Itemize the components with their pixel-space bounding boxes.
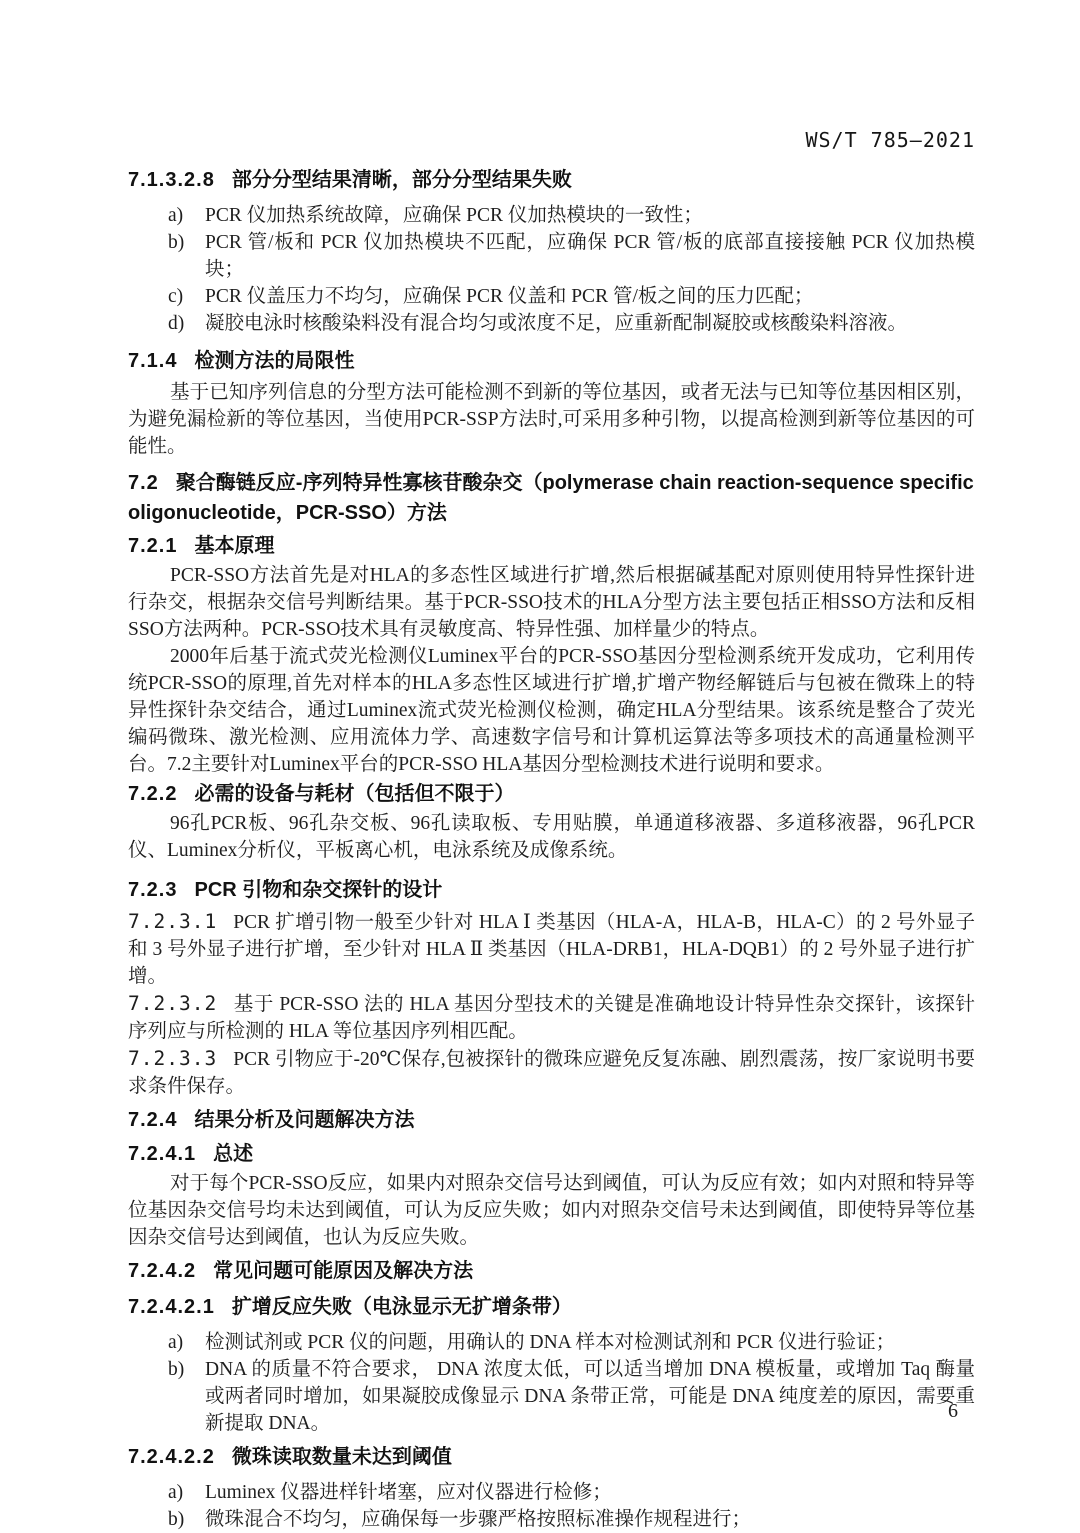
doc-header: WS/T 785—2021: [128, 128, 975, 152]
heading-title: PCR 引物和杂交探针的设计: [194, 879, 442, 901]
heading-title: 检测方法的局限性: [194, 350, 354, 372]
list-item: c) PCR 仪盖压力不均匀，应确保 PCR 仪盖和 PCR 管/板之间的压力匹…: [128, 283, 975, 310]
heading-7-2-4: 7.2.4结果分析及问题解决方法: [128, 1106, 975, 1134]
list-item: b) DNA 的质量不符合要求， DNA 浓度太低，可以适当增加 DNA 模板量…: [128, 1356, 975, 1437]
list-marker: b): [168, 1356, 205, 1437]
heading-number: 7.2.4.2.2: [128, 1446, 215, 1468]
list-item-text: 凝胶电泳时核酸染料没有混合均匀或浓度不足，应重新配制凝胶或核酸染料溶液。: [205, 310, 975, 337]
heading-7-1-4: 7.1.4检测方法的局限性: [128, 347, 975, 375]
list-item: a) PCR 仪加热系统故障，应确保 PCR 仪加热模块的一致性；: [128, 202, 975, 229]
list-item-text: 微珠混合不均匀，应确保每一步骤严格按照标准操作规程进行；: [205, 1506, 975, 1533]
heading-7-2-4-2-2: 7.2.4.2.2微珠读取数量未达到阈值: [128, 1443, 975, 1471]
list-item: d) 凝胶电泳时核酸染料没有混合均匀或浓度不足，应重新配制凝胶或核酸染料溶液。: [128, 310, 975, 337]
list-marker: c): [168, 283, 205, 310]
heading-title: 部分分型结果清晰，部分分型结果失败: [232, 169, 572, 191]
list-marker: a): [168, 1329, 205, 1356]
heading-number: 7.2.2: [128, 783, 177, 805]
heading-7-2: 7.2聚合酶链反应-序列特异性寡核苷酸杂交（polymerase chain r…: [128, 468, 975, 528]
clause-number: 7.2.3.3: [128, 1047, 217, 1070]
heading-number: 7.2.3: [128, 879, 177, 901]
list-marker: a): [168, 1479, 205, 1506]
clause-text: PCR 引物应于-20℃保存,包被探针的微珠应避免反复冻融、剧烈震荡，按厂家说明…: [128, 1049, 975, 1097]
paragraph-7-2-2: 96孔PCR板、96孔杂交板、96孔读取板、专用贴膜，单通道移液器、多道移液器，…: [128, 810, 975, 864]
heading-7-2-4-1: 7.2.4.1总述: [128, 1140, 975, 1168]
list-item-text: PCR 仪盖压力不均匀，应确保 PCR 仪盖和 PCR 管/板之间的压力匹配；: [205, 283, 975, 310]
heading-title: 必需的设备与耗材（包括但不限于）: [194, 783, 514, 805]
list-item-text: DNA 的质量不符合要求， DNA 浓度太低，可以适当增加 DNA 模板量，或增…: [205, 1356, 975, 1437]
clause-7-2-3-2: 7.2.3.2基于 PCR-SSO 法的 HLA 基因分型技术的关键是准确地设计…: [128, 990, 975, 1045]
list-marker: b): [168, 229, 205, 283]
list-item: a) Luminex 仪器进样针堵塞，应对仪器进行检修；: [128, 1479, 975, 1506]
heading-title: 结果分析及问题解决方法: [194, 1109, 414, 1131]
heading-7-2-3: 7.2.3PCR 引物和杂交探针的设计: [128, 876, 975, 904]
paragraph-7-2-4-1: 对于每个PCR-SSO反应，如果内对照杂交信号达到阈值，可认为反应有效；如内对照…: [128, 1170, 975, 1251]
heading-number: 7.2.4.1: [128, 1143, 196, 1165]
heading-7-2-1: 7.2.1基本原理: [128, 532, 975, 560]
list-item-text: 检测试剂或 PCR 仪的问题，用确认的 DNA 样本对检测试剂和 PCR 仪进行…: [205, 1329, 975, 1356]
list-marker: a): [168, 202, 205, 229]
heading-number: 7.2.1: [128, 535, 177, 557]
heading-number: 7.2.4.2: [128, 1260, 196, 1282]
document-page: WS/T 785—2021 7.1.3.2.8部分分型结果清晰，部分分型结果失败…: [0, 0, 1080, 1527]
list-item-text: PCR 管/板和 PCR 仪加热模块不匹配，应确保 PCR 管/板的底部直接接触…: [205, 229, 975, 283]
heading-number: 7.2.4.2.1: [128, 1296, 215, 1318]
heading-number: 7.2: [128, 472, 159, 494]
heading-title: 微珠读取数量未达到阈值: [232, 1446, 452, 1468]
heading-7-1-3-2-8: 7.1.3.2.8部分分型结果清晰，部分分型结果失败: [128, 166, 975, 194]
clause-7-2-3-3: 7.2.3.3PCR 引物应于-20℃保存,包被探针的微珠应避免反复冻融、剧烈震…: [128, 1045, 975, 1100]
list-marker: d): [168, 310, 205, 337]
list-item: a) 检测试剂或 PCR 仪的问题，用确认的 DNA 样本对检测试剂和 PCR …: [128, 1329, 975, 1356]
list-item-text: PCR 仪加热系统故障，应确保 PCR 仪加热模块的一致性；: [205, 202, 975, 229]
list-item: b) PCR 管/板和 PCR 仪加热模块不匹配，应确保 PCR 管/板的底部直…: [128, 229, 975, 283]
heading-7-2-2: 7.2.2必需的设备与耗材（包括但不限于）: [128, 780, 975, 808]
heading-7-2-4-2: 7.2.4.2常见问题可能原因及解决方法: [128, 1257, 975, 1285]
heading-7-2-4-2-1: 7.2.4.2.1扩增反应失败（电泳显示无扩增条带）: [128, 1293, 975, 1321]
list-item: b) 微珠混合不均匀，应确保每一步骤严格按照标准操作规程进行；: [128, 1506, 975, 1533]
heading-title: 扩增反应失败（电泳显示无扩增条带）: [232, 1296, 572, 1318]
heading-title: 常见问题可能原因及解决方法: [213, 1260, 473, 1282]
clause-number: 7.2.3.2: [128, 992, 217, 1015]
heading-number: 7.2.4: [128, 1109, 177, 1131]
heading-title: 基本原理: [194, 535, 274, 557]
list-marker: b): [168, 1506, 205, 1533]
list-7-2-4-2-2: a) Luminex 仪器进样针堵塞，应对仪器进行检修； b) 微珠混合不均匀，…: [128, 1479, 975, 1533]
clause-7-2-3-1: 7.2.3.1PCR 扩增引物一般至少针对 HLA Ⅰ 类基因（HLA-A，HL…: [128, 908, 975, 990]
clause-text: PCR 扩增引物一般至少针对 HLA Ⅰ 类基因（HLA-A，HLA-B，HLA…: [128, 912, 975, 987]
paragraph-7-1-4: 基于已知序列信息的分型方法可能检测不到新的等位基因，或者无法与已知等位基因相区别…: [128, 379, 975, 460]
list-7-1-3-2-8: a) PCR 仪加热系统故障，应确保 PCR 仪加热模块的一致性； b) PCR…: [128, 202, 975, 337]
heading-title: 聚合酶链反应-序列特异性寡核苷酸杂交（polymerase chain reac…: [128, 472, 974, 524]
heading-title: 总述: [213, 1143, 253, 1165]
heading-number: 7.1.3.2.8: [128, 169, 215, 191]
clause-text: 基于 PCR-SSO 法的 HLA 基因分型技术的关键是准确地设计特异性杂交探针…: [128, 994, 975, 1042]
page-number: 6: [948, 1398, 958, 1425]
paragraph-7-2-1-b: 2000年后基于流式荧光检测仪Luminex平台的PCR-SSO基因分型检测系统…: [128, 643, 975, 778]
paragraph-7-2-1-a: PCR-SSO方法首先是对HLA的多态性区域进行扩增,然后根据碱基配对原则使用特…: [128, 562, 975, 643]
clause-number: 7.2.3.1: [128, 910, 217, 933]
heading-number: 7.1.4: [128, 350, 177, 372]
doc-code: WS/T 785—2021: [805, 128, 975, 152]
list-7-2-4-2-1: a) 检测试剂或 PCR 仪的问题，用确认的 DNA 样本对检测试剂和 PCR …: [128, 1329, 975, 1437]
list-item-text: Luminex 仪器进样针堵塞，应对仪器进行检修；: [205, 1479, 975, 1506]
